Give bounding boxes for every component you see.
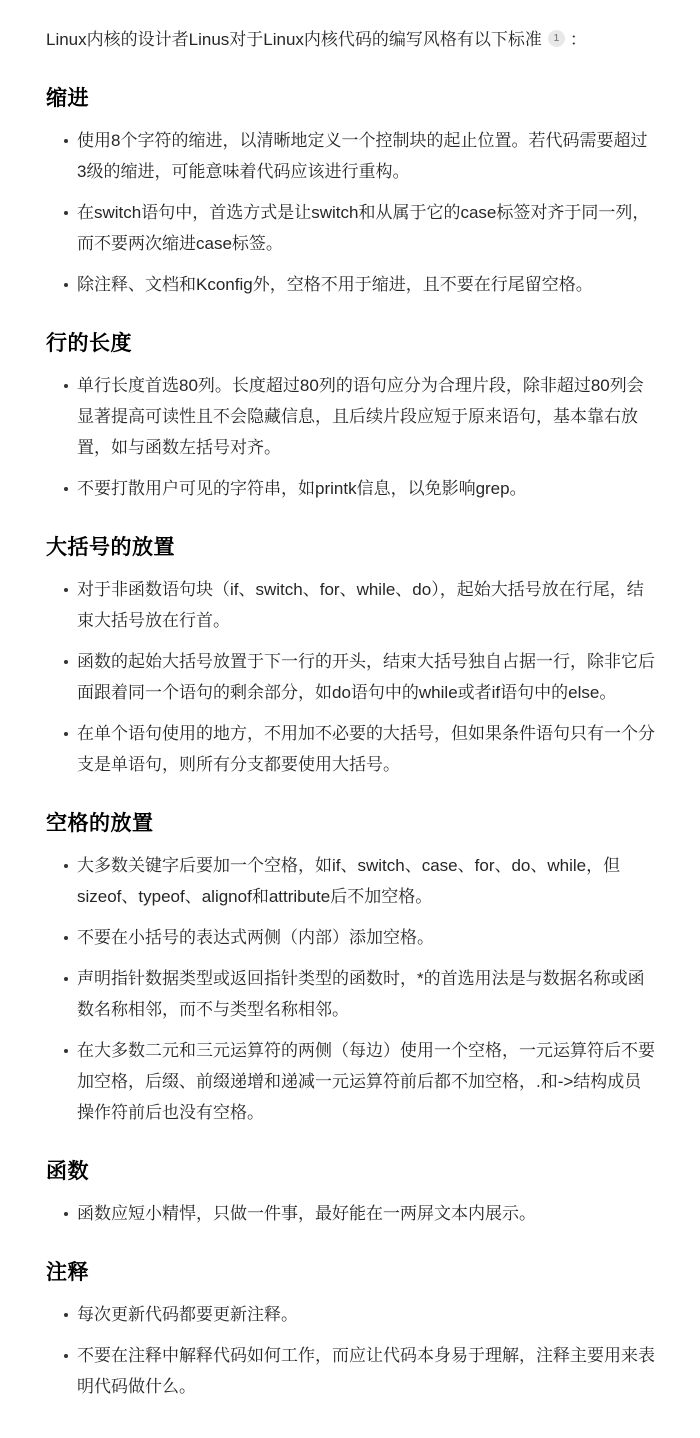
list-item: 对于非函数语句块（if、switch、for、while、do），起始大括号放在… — [64, 574, 656, 636]
section-heading: 空格的放置 — [46, 810, 656, 838]
bullet-text: 声明指针数据类型或返回指针类型的函数时，*的首选用法是与数据名称或函数名称相邻，… — [77, 963, 656, 1025]
bullet-icon — [64, 660, 68, 664]
section-line-length: 行的长度 单行长度首选80列。长度超过80列的语句应分为合理片段，除非超过80列… — [46, 330, 656, 504]
document-page: Linux内核的设计者Linus对于Linux内核代码的编写风格有以下标准1： … — [0, 0, 700, 1438]
list-item: 使用8个字符的缩进，以清晰地定义一个控制块的起止位置。若代码需要超过3级的缩进，… — [64, 125, 656, 187]
bullet-list: 对于非函数语句块（if、switch、for、while、do），起始大括号放在… — [46, 574, 656, 780]
bullet-list: 函数应短小精悍，只做一件事，最好能在一两屏文本内展示。 — [46, 1198, 656, 1229]
list-item: 不要在注释中解释代码如何工作，而应让代码本身易于理解，注释主要用来表明代码做什么… — [64, 1340, 656, 1402]
section-heading: 大括号的放置 — [46, 534, 656, 562]
list-item: 声明指针数据类型或返回指针类型的函数时，*的首选用法是与数据名称或函数名称相邻，… — [64, 963, 656, 1025]
bullet-icon — [64, 936, 68, 940]
bullet-icon — [64, 1313, 68, 1317]
section-functions: 函数 函数应短小精悍，只做一件事，最好能在一两屏文本内展示。 — [46, 1158, 656, 1229]
section-heading: 缩进 — [46, 85, 656, 113]
intro-text: Linux内核的设计者Linus对于Linux内核代码的编写风格有以下标准 — [46, 30, 542, 49]
list-item: 不要打散用户可见的字符串，如printk信息，以免影响grep。 — [64, 473, 656, 504]
intro-paragraph: Linux内核的设计者Linus对于Linux内核代码的编写风格有以下标准1： — [46, 24, 656, 55]
bullet-text: 在大多数二元和三元运算符的两侧（每边）使用一个空格，一元运算符后不要加空格，后缀… — [77, 1035, 656, 1128]
bullet-icon — [64, 864, 68, 868]
section-heading: 行的长度 — [46, 330, 656, 358]
bullet-text: 除注释、文档和Kconfig外，空格不用于缩进，且不要在行尾留空格。 — [77, 269, 656, 300]
citation-badge[interactable]: 1 — [548, 30, 565, 47]
bullet-icon — [64, 384, 68, 388]
bullet-icon — [64, 1212, 68, 1216]
bullet-text: 函数的起始大括号放置于下一行的开头，结束大括号独自占据一行，除非它后面跟着同一个… — [77, 646, 656, 708]
bullet-icon — [64, 1354, 68, 1358]
bullet-text: 不要打散用户可见的字符串，如printk信息，以免影响grep。 — [77, 473, 656, 504]
bullet-text: 不要在注释中解释代码如何工作，而应让代码本身易于理解，注释主要用来表明代码做什么… — [77, 1340, 656, 1402]
bullet-icon — [64, 1049, 68, 1053]
list-item: 大多数关键字后要加一个空格，如if、switch、case、for、do、whi… — [64, 850, 656, 912]
bullet-text: 在switch语句中，首选方式是让switch和从属于它的case标签对齐于同一… — [77, 197, 656, 259]
section-heading: 函数 — [46, 1158, 656, 1186]
bullet-icon — [64, 977, 68, 981]
list-item: 除注释、文档和Kconfig外，空格不用于缩进，且不要在行尾留空格。 — [64, 269, 656, 300]
intro-colon: ： — [570, 30, 587, 49]
bullet-text: 每次更新代码都要更新注释。 — [77, 1299, 656, 1330]
bullet-text: 单行长度首选80列。长度超过80列的语句应分为合理片段，除非超过80列会显著提高… — [77, 370, 656, 463]
bullet-list: 单行长度首选80列。长度超过80列的语句应分为合理片段，除非超过80列会显著提高… — [46, 370, 656, 504]
bullet-icon — [64, 588, 68, 592]
bullet-text: 对于非函数语句块（if、switch、for、while、do），起始大括号放在… — [77, 574, 656, 636]
bullet-icon — [64, 139, 68, 143]
list-item: 函数应短小精悍，只做一件事，最好能在一两屏文本内展示。 — [64, 1198, 656, 1229]
section-indentation: 缩进 使用8个字符的缩进，以清晰地定义一个控制块的起止位置。若代码需要超过3级的… — [46, 85, 656, 300]
bullet-text: 使用8个字符的缩进，以清晰地定义一个控制块的起止位置。若代码需要超过3级的缩进，… — [77, 125, 656, 187]
list-item: 每次更新代码都要更新注释。 — [64, 1299, 656, 1330]
list-item: 在大多数二元和三元运算符的两侧（每边）使用一个空格，一元运算符后不要加空格，后缀… — [64, 1035, 656, 1128]
bullet-icon — [64, 487, 68, 491]
list-item: 在单个语句使用的地方，不用加不必要的大括号，但如果条件语句只有一个分支是单语句，… — [64, 718, 656, 780]
section-heading: 注释 — [46, 1259, 656, 1287]
bullet-text: 大多数关键字后要加一个空格，如if、switch、case、for、do、whi… — [77, 850, 656, 912]
bullet-text: 不要在小括号的表达式两侧（内部）添加空格。 — [77, 922, 656, 953]
section-comments: 注释 每次更新代码都要更新注释。 不要在注释中解释代码如何工作，而应让代码本身易… — [46, 1259, 656, 1402]
bullet-list: 使用8个字符的缩进，以清晰地定义一个控制块的起止位置。若代码需要超过3级的缩进，… — [46, 125, 656, 300]
bullet-text: 函数应短小精悍，只做一件事，最好能在一两屏文本内展示。 — [77, 1198, 656, 1229]
bullet-list: 大多数关键字后要加一个空格，如if、switch、case、for、do、whi… — [46, 850, 656, 1128]
list-item: 单行长度首选80列。长度超过80列的语句应分为合理片段，除非超过80列会显著提高… — [64, 370, 656, 463]
bullet-icon — [64, 732, 68, 736]
section-brace-placement: 大括号的放置 对于非函数语句块（if、switch、for、while、do），… — [46, 534, 656, 780]
list-item: 在switch语句中，首选方式是让switch和从属于它的case标签对齐于同一… — [64, 197, 656, 259]
bullet-icon — [64, 211, 68, 215]
bullet-list: 每次更新代码都要更新注释。 不要在注释中解释代码如何工作，而应让代码本身易于理解… — [46, 1299, 656, 1402]
list-item: 函数的起始大括号放置于下一行的开头，结束大括号独自占据一行，除非它后面跟着同一个… — [64, 646, 656, 708]
bullet-text: 在单个语句使用的地方，不用加不必要的大括号，但如果条件语句只有一个分支是单语句，… — [77, 718, 656, 780]
bullet-icon — [64, 283, 68, 287]
list-item: 不要在小括号的表达式两侧（内部）添加空格。 — [64, 922, 656, 953]
section-space-placement: 空格的放置 大多数关键字后要加一个空格，如if、switch、case、for、… — [46, 810, 656, 1128]
